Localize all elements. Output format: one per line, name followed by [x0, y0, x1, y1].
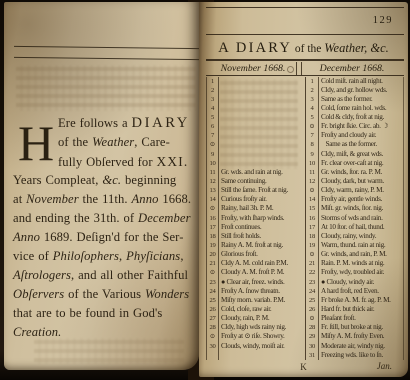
weather-table: 11Cold miſt. rain all night.22Cldy, and …: [206, 77, 404, 360]
intro-line: at November the 11th. Anno 1668.: [13, 190, 201, 209]
december-entry: Cold miſt. rain all night.: [319, 77, 403, 86]
november-entry: [219, 150, 306, 159]
december-day: 12: [306, 177, 319, 186]
intro-line: Obſervers of the Various Wonders: [13, 285, 201, 304]
title-italic: Weather: [324, 41, 364, 55]
november-entry: [219, 113, 306, 122]
december-day: 19: [306, 241, 319, 250]
title-caps: A DIARY: [218, 40, 292, 56]
diary-row: 21Cldy A. M. cold rain P.M.21Rain. P. M.…: [207, 259, 403, 268]
december-day: 4: [306, 104, 319, 113]
show-through-text: [16, 65, 196, 111]
diary-row: ⊙Cloudy A. M. froſt P. M.22Froſty, wdy, …: [207, 268, 403, 277]
page-number: 129: [373, 15, 393, 26]
november-day: 26: [207, 305, 219, 314]
intro-text-segment: &c.: [102, 173, 121, 187]
intro-text-segment: of the: [58, 135, 92, 149]
intro-text-segment: Wonders: [145, 287, 189, 301]
right-page: 129 A DIARY of the Weather, &c. November…: [199, 2, 408, 377]
november-day: 14: [207, 195, 219, 204]
horizontal-rule: [14, 57, 200, 61]
left-page: H Ere follows a DIARYof the Weather, Car…: [4, 2, 199, 370]
intro-text-segment: Weather: [92, 135, 134, 149]
november-day: 25: [207, 296, 219, 305]
diary-row: 27Cloudy, rain, P. M.⊙Pleaſant froſt.: [207, 314, 403, 323]
title-roman: of the: [292, 43, 324, 55]
diary-row: 26Cold, cloſe, raw air.26Hard fr. but th…: [207, 305, 403, 314]
december-entry: Miſty A. M. froſty Even.: [319, 332, 403, 341]
intro-text-segment: at: [13, 192, 26, 206]
december-entry: At 10 ſtor. of hail, thund.: [319, 223, 403, 232]
title-etc: , &c.: [364, 41, 389, 55]
diary-row: 16Froſty, with ſharp winds.16Storms of w…: [207, 214, 403, 223]
december-entry: Same as the former.: [319, 95, 403, 104]
november-day: 2: [207, 86, 219, 95]
november-entry: Cloudy, rain, P. M.: [219, 314, 306, 323]
november-entry: [219, 131, 306, 140]
december-entry: Moderate air, windy nig.: [319, 342, 403, 351]
november-entry: Clouds, windy, moiſt air.: [219, 342, 306, 351]
november-entry: [219, 122, 306, 131]
november-entry: Gr. wds. and rain at nig.: [219, 168, 306, 177]
intro-line: Years Compleat, &c. beginning: [13, 171, 201, 190]
intro-text-segment: the 11th.: [79, 192, 132, 206]
vertical-rule: [301, 62, 302, 75]
december-day: 15: [306, 204, 319, 213]
catchword: Jan.: [377, 361, 392, 371]
intro-text-segment: XXI.: [156, 154, 188, 169]
november-entry: Still froſt holds.: [219, 232, 306, 241]
diary-row: 12Same continuing.12Cloudy, dark, but wa…: [207, 177, 403, 186]
december-entry: Hard fr. but thick air.: [319, 305, 403, 314]
december-day: 14: [306, 195, 319, 204]
intro-text-segment: , and all other Faithful: [71, 268, 188, 282]
december-day: 11: [306, 168, 319, 177]
november-day: 9: [207, 150, 219, 159]
horizontal-rule: [206, 34, 404, 35]
november-day: 6: [207, 122, 219, 131]
november-entry: Cloudy A. M. froſt P. M.: [219, 268, 306, 277]
intro-text-segment: fully Obſerved for: [58, 155, 156, 169]
november-entry: [219, 140, 306, 149]
diary-row: ⊙Froſty at ⊙ riſe. Showry.29Miſty A. M. …: [207, 332, 403, 341]
november-entry: Still the ſame. Froſt at nig.: [219, 186, 306, 195]
december-day: 26: [306, 305, 319, 314]
december-day: 22: [306, 268, 319, 277]
diary-row: 99Cldy, miſt, & great wds.: [207, 150, 403, 159]
horizontal-rule: [14, 46, 200, 50]
december-day: 23: [306, 278, 319, 287]
diary-row: 1010Fr. clear over-caſt at nig.: [207, 159, 403, 168]
diary-row: 13Still the ſame. Froſt at nig.⊙Cldy, wa…: [207, 186, 403, 195]
page-title: A DIARY of the Weather, &c.: [199, 39, 408, 59]
diary-row: 20Glorious froſt.⊙Gr. winds, and rain, P…: [207, 250, 403, 259]
november-day: 20: [207, 250, 219, 259]
december-entry: Pleaſant froſt.: [319, 314, 403, 323]
intro-text-segment: December: [138, 211, 191, 225]
intro-text-segment: Aſtrologers: [13, 268, 71, 282]
november-entry: Miſty morn. variab. P.M.: [219, 296, 306, 305]
november-day: 18: [207, 232, 219, 241]
november-day: 28: [207, 323, 219, 332]
december-day: 21: [306, 259, 319, 268]
diary-row: 31Freezing wds. like to ſn.: [207, 351, 403, 360]
december-entry: Cloudy, rainy, windy.: [319, 232, 403, 241]
column-header-november: November 1668.: [207, 62, 299, 76]
diary-row: ⊙8 Same as the former.: [207, 140, 403, 149]
diary-row: 25Miſty morn. variab. P.M.25Fr broke A. …: [207, 296, 403, 305]
december-day: 3: [306, 95, 319, 104]
november-day: 23: [207, 278, 219, 287]
december-day: ⊙: [306, 186, 319, 195]
intro-line: Anno 1689. Deſign'd for the Ser-: [13, 228, 201, 247]
november-day: 13: [207, 186, 219, 195]
november-entry: Glorious froſt.: [219, 250, 306, 259]
november-day: 16: [207, 214, 219, 223]
intro-line: Aſtrologers, and all other Faithful: [13, 266, 201, 285]
november-day: 27: [207, 314, 219, 323]
november-day: [207, 351, 219, 360]
november-day: 30: [207, 342, 219, 351]
december-day: 1: [306, 77, 319, 86]
intro-text-segment: Years Compleat,: [13, 173, 102, 187]
book-photo: H Ere follows a DIARYof the Weather, Car…: [0, 0, 410, 380]
november-day: 3: [207, 95, 219, 104]
december-day: 9: [306, 150, 319, 159]
diary-row: 19Rainy A. M. froſt at nig.19Warm, thund…: [207, 241, 403, 250]
intro-text-segment: ,: [180, 249, 183, 263]
intro-text-segment: Obſervers: [13, 287, 64, 301]
intro-line: fully Obſerved for XXI.: [58, 152, 201, 171]
december-entry: Cldy, warm, rainy, P. M.: [319, 186, 403, 195]
december-entry: Fr. bright ſkie. Circ. ab. ☽: [319, 122, 403, 131]
diary-row: 22Cldy, and gr. hollow wds.: [207, 86, 403, 95]
december-day: 17: [306, 223, 319, 232]
diary-row: 55Cold & cldy, froſt at nig.: [207, 113, 403, 122]
intro-text-segment: 1668.: [159, 192, 192, 206]
november-entry: Froſty at ⊙ riſe. Showry.: [219, 332, 306, 341]
intro-line: and ending the 31th. of December: [13, 209, 201, 228]
intro-paragraph: Ere follows a DIARYof the Weather, Care-…: [13, 114, 201, 342]
diary-row: 33Same as the former.: [207, 95, 403, 104]
december-entry: Fr broke A. M. fr. ag. P. M.: [319, 296, 403, 305]
intro-text-segment: DIARY: [132, 115, 190, 131]
december-entry: Fr. ſtill, but broke at nig.: [319, 323, 403, 332]
november-day: ⊙: [207, 268, 219, 277]
november-day: ⊙: [207, 204, 219, 213]
intro-text-segment: and ending the 31th. of: [13, 211, 138, 225]
november-entry: ● Clear air, freez. winds.: [219, 278, 306, 287]
intro-text-segment: Anno: [132, 192, 159, 206]
intro-line: Creation.: [13, 323, 201, 342]
december-entry: Cldy, miſt, & great wds.: [319, 150, 403, 159]
november-day: 5: [207, 113, 219, 122]
december-day: ⊙: [306, 314, 319, 323]
december-entry: Froſty and cloudy air.: [319, 131, 403, 140]
intro-text-segment: Ere follows a: [58, 116, 132, 130]
november-entry: Curious froſty air.: [219, 195, 306, 204]
december-entry: Miſt. gr. winds, ſtor. nig.: [319, 204, 403, 213]
december-day: 24: [306, 287, 319, 296]
november-entry: [219, 104, 306, 113]
diary-row: 17Froſt continues.17At 10 ſtor. of hail,…: [207, 223, 403, 232]
intro-text-segment: 1689. Deſign'd for the Ser-: [40, 230, 184, 244]
november-day: 17: [207, 223, 219, 232]
december-entry: Rain. P. M. winds at nig.: [319, 259, 403, 268]
december-entry: Gr. winds, and rain, P. M.: [319, 250, 403, 259]
december-entry: Cloudy, dark, but warm.: [319, 177, 403, 186]
december-entry: Gr. winds, ſtor. ra. P. M.: [319, 168, 403, 177]
diary-row: 11Cold miſt. rain all night.: [207, 77, 403, 86]
november-entry: [219, 159, 306, 168]
november-entry: Froſty A. ſnow threatn.: [219, 287, 306, 296]
november-day: 24: [207, 287, 219, 296]
intro-text-segment: Creation.: [13, 325, 61, 339]
november-entry: Same continuing.: [219, 177, 306, 186]
ink-mark: [287, 66, 294, 73]
november-day: 11: [207, 168, 219, 177]
december-day: 5: [306, 113, 319, 122]
december-entry: Cldy, and gr. hollow wds.: [319, 86, 403, 95]
intro-text-segment: of the Various: [64, 287, 145, 301]
diary-row: ⊙Rainy, hail 3h. P. M.15Miſt. gr. winds,…: [207, 204, 403, 213]
diary-row: 18Still froſt holds.18Cloudy, rainy, win…: [207, 232, 403, 241]
intro-text-segment: vice of: [13, 249, 53, 263]
intro-text-segment: , Care-: [134, 135, 170, 149]
november-day: 19: [207, 241, 219, 250]
intro-text-segment: beginning: [121, 173, 176, 187]
intro-text-segment: November: [26, 192, 79, 206]
intro-line: that are to be found in God's: [13, 304, 201, 323]
november-entry: Rainy, hail 3h. P. M.: [219, 204, 306, 213]
november-day: 21: [207, 259, 219, 268]
december-entry: Warm, thund. rain at nig.: [319, 241, 403, 250]
intro-line: of the Weather, Care-: [58, 133, 201, 152]
december-day: 31: [306, 351, 319, 360]
december-day: 18: [306, 232, 319, 241]
intro-text-segment: that are to be found in God's: [13, 306, 162, 320]
diary-row: 6⊙Fr. bright ſkie. Circ. ab. ☽: [207, 122, 403, 131]
december-day: 25: [306, 296, 319, 305]
december-day: 10: [306, 159, 319, 168]
diary-row: 30Clouds, windy, moiſt air.30Moderate ai…: [207, 342, 403, 351]
december-entry: Froſty, wdy, troubled air.: [319, 268, 403, 277]
november-day: ⊙: [207, 332, 219, 341]
december-entry: A hard froſt, red Even.: [319, 287, 403, 296]
december-day: 7: [306, 131, 319, 140]
vertical-rule: [296, 62, 297, 75]
november-day: 10: [207, 159, 219, 168]
horizontal-rule: [206, 59, 404, 61]
intro-line: Ere follows a DIARY: [58, 114, 201, 133]
december-day: 30: [306, 342, 319, 351]
november-entry: Cldy A. M. cold rain P.M.: [219, 259, 306, 268]
december-day: ⊙: [306, 122, 319, 131]
november-day: 7: [207, 131, 219, 140]
november-day: 12: [207, 177, 219, 186]
intro-text-segment: Anno: [13, 230, 40, 244]
november-entry: Cold, cloſe, raw air.: [219, 305, 306, 314]
december-entry: Fr. clear over-caſt at nig.: [319, 159, 403, 168]
diary-row: 28Cldy, high wds rainy nig.28Fr. ſtill, …: [207, 323, 403, 332]
diary-row: 11Gr. wds. and rain at nig.11Gr. winds, …: [207, 168, 403, 177]
december-day: 2: [306, 86, 319, 95]
november-day: 4: [207, 104, 219, 113]
november-entry: Rainy A. M. froſt at nig.: [219, 241, 306, 250]
column-header-december: December 1668.: [303, 62, 401, 76]
december-entry: Cold & cldy, froſt at nig.: [319, 113, 403, 122]
horizontal-rule: [206, 7, 404, 8]
december-entry: Froſty air, gentle winds.: [319, 195, 403, 204]
november-entry: Cldy, high wds rainy nig.: [219, 323, 306, 332]
intro-text-segment: Philoſophers: [53, 249, 119, 263]
november-day: ⊙: [207, 140, 219, 149]
december-entry: ● Cloudy, windy air.: [319, 278, 403, 287]
december-day: 16: [306, 214, 319, 223]
diary-row: 77Froſty and cloudy air.: [207, 131, 403, 140]
november-day: 1: [207, 77, 219, 86]
december-entry: Storms of wds and rain.: [319, 214, 403, 223]
december-entry: Same as the former.: [319, 140, 403, 149]
diary-row: 23● Clear air, freez. winds.23● Cloudy, …: [207, 278, 403, 287]
december-day: 29: [306, 332, 319, 341]
november-entry: [219, 77, 306, 86]
diary-row: 14Curious froſty air.14Froſty air, gentl…: [207, 195, 403, 204]
november-entry: [219, 86, 306, 95]
diary-row: 44Cold, ſome rain hol. wds.: [207, 104, 403, 113]
november-entry: [219, 95, 306, 104]
intro-line: vice of Philoſophers, Phyſicians,: [13, 247, 201, 266]
november-entry: Froſty, with ſharp winds.: [219, 214, 306, 223]
december-entry: Freezing wds. like to ſn.: [319, 351, 403, 360]
december-entry: Cold, ſome rain hol. wds.: [319, 104, 403, 113]
december-day: ⊙: [306, 250, 319, 259]
december-day: 28: [306, 323, 319, 332]
intro-text-segment: Phyſicians: [126, 249, 180, 263]
november-entry: [219, 351, 306, 360]
december-day: 8: [306, 140, 319, 149]
november-entry: Froſt continues.: [219, 223, 306, 232]
diary-row: 24Froſty A. ſnow threatn.24A hard froſt,…: [207, 287, 403, 296]
